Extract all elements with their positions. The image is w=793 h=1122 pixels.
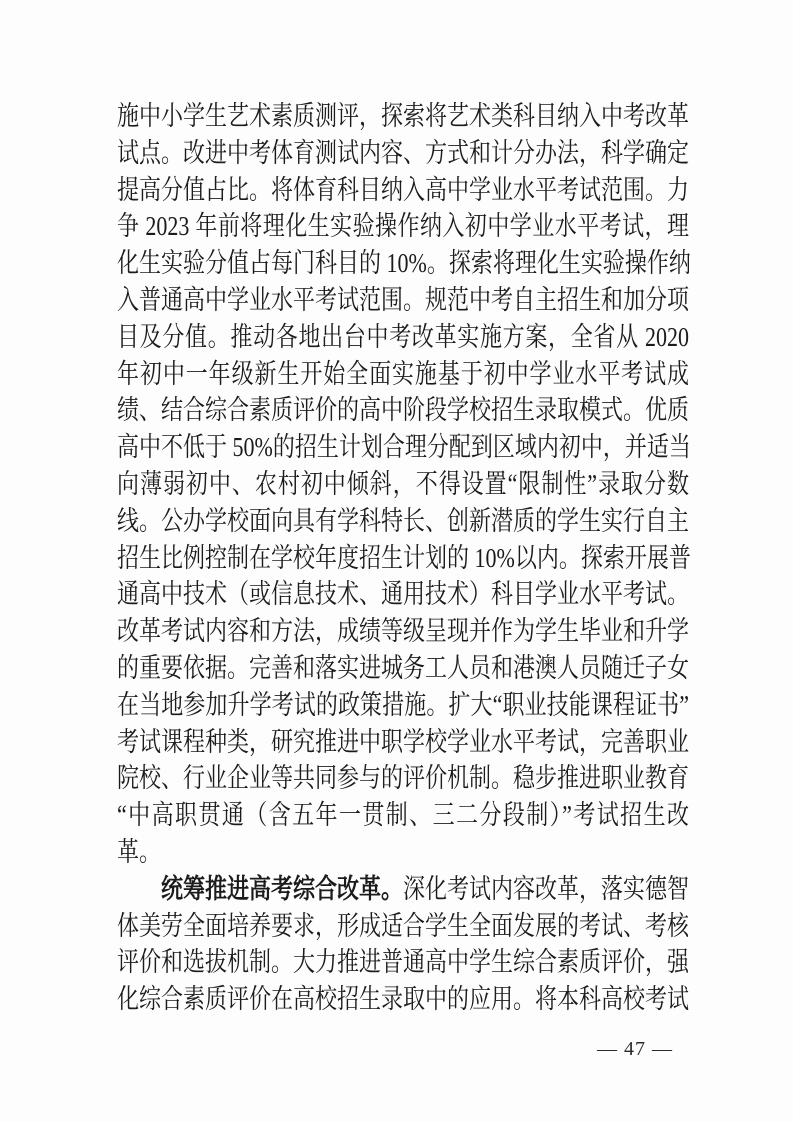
text-line: 目及分值。推动各地出台中考改革实施方案，全省从 2020 — [117, 319, 689, 356]
text-line: 试点。改进中考体育测试内容、方式和计分办法，科学确定 — [117, 135, 689, 172]
text-line: 争 2023 年前将理化生实验操作纳入初中学业水平考试，理 — [117, 208, 689, 245]
text-line: 评价和选拔机制。大力推进普通高中学生综合素质评价，强 — [117, 944, 689, 981]
text-line: 入普通高中学业水平考试范围。规范中考自主招生和加分项 — [117, 282, 689, 319]
document-page: 施中小学生艺术素质测评，探索将艺术类科目纳入中考改革试点。改进中考体育测试内容、… — [0, 0, 793, 1122]
text-line: 通高中技术（或信息技术、通用技术）科目学业水平考试。 — [117, 576, 689, 613]
text-line: 化综合素质评价在高校招生录取中的应用。将本科高校考试 — [117, 981, 689, 1018]
text-line: 化生实验分值占每门科目的 10%。探索将理化生实验操作纳 — [117, 245, 689, 282]
text-line: 提高分值占比。将体育科目纳入高中学业水平考试范围。力 — [117, 172, 689, 209]
body-text: 施中小学生艺术素质测评，探索将艺术类科目纳入中考改革试点。改进中考体育测试内容、… — [117, 98, 689, 1018]
text-line: 高中不低于 50%的招生计划合理分配到区域内初中，并适当 — [117, 429, 689, 466]
paragraph-lead-bold: 统筹推进高考综合改革。 — [161, 874, 403, 904]
text-line: 招生比例控制在学校年度招生计划的 10%以内。探索开展普 — [117, 540, 689, 577]
paragraph-gaokao-comprehensive-reform: 统筹推进高考综合改革。深化考试内容改革，落实德智体美劳全面培养要求，形成适合学生… — [117, 871, 689, 1018]
text-line: “中高职贯通（含五年一贯制、三二分段制）”考试招生改 — [117, 797, 689, 834]
text-line: 体美劳全面培养要求，形成适合学生全面发展的考试、考核 — [117, 908, 689, 945]
text-line: 改革考试内容和方法，成绩等级呈现并作为学生毕业和升学 — [117, 613, 689, 650]
text-line: 统筹推进高考综合改革。深化考试内容改革，落实德智 — [117, 871, 689, 908]
text-line: 线。公办学校面向具有学科特长、创新潜质的学生实行自主 — [117, 503, 689, 540]
text-line: 的重要依据。完善和落实进城务工人员和港澳人员随迁子女 — [117, 650, 689, 687]
paragraph-zhongkao-reform-continued: 施中小学生艺术素质测评，探索将艺术类科目纳入中考改革试点。改进中考体育测试内容、… — [117, 98, 689, 871]
text-line: 年初中一年级新生开始全面实施基于初中学业水平考试成 — [117, 356, 689, 393]
text-line: 院校、行业企业等共同参与的评价机制。稳步推进职业教育 — [117, 760, 689, 797]
text-line: 向薄弱初中、农村初中倾斜，不得设置“限制性”录取分数 — [117, 466, 689, 503]
text-line: 绩、结合综合素质评价的高中阶段学校招生录取模式。优质 — [117, 392, 689, 429]
text-line: 考试课程种类，研究推进中职学校学业水平考试，完善职业 — [117, 724, 689, 761]
text-line: 革。 — [117, 834, 689, 871]
page-number: — 47 — — [597, 1038, 673, 1061]
text-line: 施中小学生艺术素质测评，探索将艺术类科目纳入中考改革 — [117, 98, 689, 135]
text-line: 在当地参加升学考试的政策措施。扩大“职业技能课程证书” — [117, 687, 689, 724]
